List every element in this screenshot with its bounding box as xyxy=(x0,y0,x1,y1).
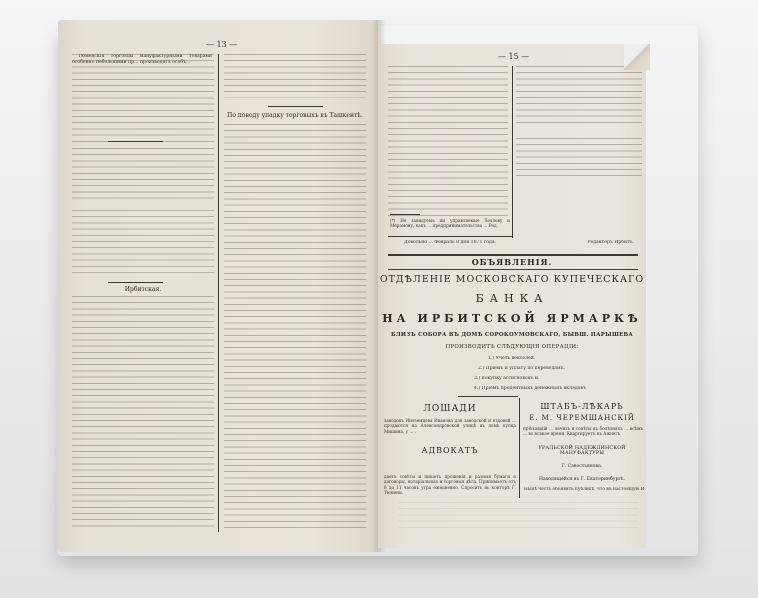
bank-ad-line3: НА ИРБИТСКОЙ ЯРМАРКѢ xyxy=(378,312,646,325)
ads-column-rule xyxy=(519,398,520,498)
manufactory-ad-location: Находящейся въ Г. Екатеринбургѣ. xyxy=(522,477,642,482)
dateline: Довольно ... Февраль 8 дня 1871 года. xyxy=(390,240,510,248)
bank-ad-line2: БАНКА xyxy=(378,292,646,305)
divider xyxy=(108,141,163,142)
column-rule xyxy=(512,66,513,238)
divider xyxy=(388,236,512,237)
manufactory-ad-title: УРАЛЬСКОЙ НАДЕЖДИНСКОЙ МАНУФАКТУРЫ xyxy=(522,446,642,456)
doctor-ad-title: ШТАБЪ-ЛѢКАРЬ xyxy=(522,402,642,411)
signature: Редакторъ Ирбитъ. xyxy=(516,240,642,248)
ads-title-rule xyxy=(388,269,638,270)
doctor-ad-name: Е. М. ЧЕРЕМШАНСКІЙ xyxy=(522,414,642,422)
bank-operation-3: 3.) покупку ассигновокъ и. xyxy=(474,376,634,384)
paragraph: У Тюменскихъ чайн будетъ партія до 8 т. … xyxy=(72,163,212,169)
text-lines xyxy=(224,54,366,98)
text-lines xyxy=(72,54,214,142)
bank-ad-line4: БЛИЗЪ СОБОРА ВЪ ДОМѢ СОРОКОУМОВСКАГО, БЫ… xyxy=(378,332,646,338)
horses-ad-text: заводовъ Иноземцева Иванова для заводско… xyxy=(384,418,516,438)
manufactory-ad-owner: Г. Савостьянова. xyxy=(522,464,642,469)
lawyer-ad-text: даетъ совѣты и пишетъ прошенія и разныя … xyxy=(384,474,516,500)
text-lines xyxy=(388,66,508,216)
text-lines xyxy=(72,210,214,274)
divider xyxy=(268,106,323,107)
left-page: — 13 — Тюменскія торговцы мануфактурными… xyxy=(58,20,378,552)
footnote-rule xyxy=(390,214,420,215)
dog-eared-corner xyxy=(624,44,650,70)
doctor-ad-text: пріѣхавшій ... лечить и совѣты въ болѣзн… xyxy=(523,426,643,442)
text-lines xyxy=(516,138,642,180)
left-column-1-mid: Сахаръ Кяхта прошелъ 12 р. 70 к. Доставл… xyxy=(72,148,212,204)
bank-operation-4: 4.) Пріемъ процентныхъ денежныхъ вкладов… xyxy=(474,386,644,394)
text-lines xyxy=(516,66,642,124)
paragraph: Сахаръ Кяхта прошелъ 12 р. 70 к. Доставл… xyxy=(72,148,212,160)
left-page-number: — 13 — xyxy=(206,40,237,49)
footnote: (*) Не завидуемъ ни управляемые Хохлову … xyxy=(390,218,510,234)
text-lines xyxy=(72,296,214,531)
bank-operation-2: 2.) Пріемъ и уплату по переводамъ. xyxy=(478,366,638,374)
section-heading-irbit: Ирбитская. xyxy=(72,286,214,293)
bleed-through-text xyxy=(398,502,638,532)
bank-ad-line5: ПРОИЗВОДИТЪ СЛѢДУЮЩІЯ ОПЕРАЦІИ: xyxy=(378,344,646,350)
column-rule xyxy=(218,54,219,532)
text-lines xyxy=(224,124,366,532)
divider xyxy=(458,396,518,397)
bank-ad-line1: ОТДѢЛЕНІЕ МОСКОВСКАГО КУПЕЧЕСКАГО xyxy=(378,274,646,285)
ads-top-rule xyxy=(388,254,638,256)
bank-operation-1: 1.) Учетъ векселей. xyxy=(488,356,638,364)
horses-ad-title: ЛОШАДИ xyxy=(382,404,518,414)
ads-section-title: ОБЪЯВЛЕНІЯ. xyxy=(378,257,646,267)
right-page: — 15 — (*) Не завидуемъ ни управляемые Х… xyxy=(378,44,646,548)
lawyer-ad-title: АДВОКАТЪ xyxy=(382,446,518,455)
divider xyxy=(108,282,163,283)
manufactory-ad-text: Нынѣ честь объявить публикѣ, что въ наст… xyxy=(524,487,644,495)
section-heading-tashkent: По поводу упадку торговыхъ въ Ташкентѣ. xyxy=(224,112,366,119)
right-page-number: — 15 — xyxy=(498,52,529,61)
